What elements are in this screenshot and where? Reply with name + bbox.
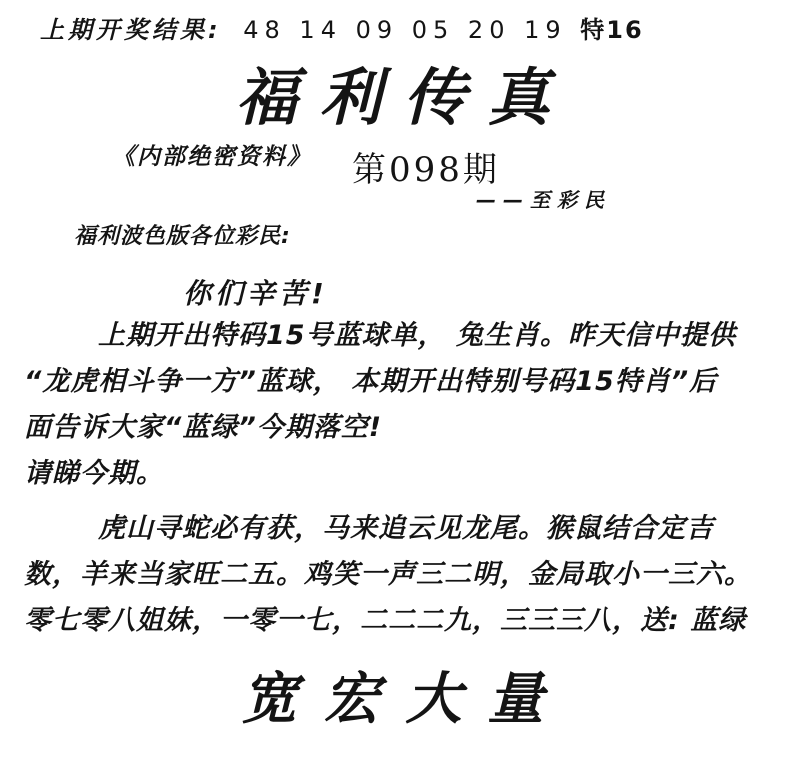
classified-material-label: 《内部绝密资料》: [112, 138, 312, 171]
previous-draw-numbers: 48 14 09 05 20 19: [243, 16, 566, 44]
previous-draw-result-line: 上期开奖结果: 48 14 09 05 20 19 特16: [40, 10, 644, 45]
body-line: 数，羊来当家旺二五。鸡笑一声三二明，金局取小一三六。: [24, 552, 772, 598]
body-line: 虎山寻蛇必有获，马来追云见龙尾。猴鼠结合定吉: [24, 506, 772, 552]
fax-sheet: 上期开奖结果: 48 14 09 05 20 19 特16 福利传真 《内部绝密…: [0, 0, 785, 772]
previous-draw-special-number: 特16: [580, 16, 643, 44]
body-line: “龙虎相斗争一方”蓝球， 本期开出特别号码15特肖”后: [24, 359, 772, 405]
bottom-slogan: 宽宏大量: [0, 655, 785, 735]
body-line: 零七零八姐妹，一零一七，二二二九，三三三八，送: 蓝绿: [24, 598, 772, 644]
body-line: 上期开出特码15号蓝球单， 兔生肖。昨天信中提供: [24, 313, 772, 359]
body-line: 面告诉大家“蓝绿”今期落空!: [24, 405, 772, 451]
greeting-line: 你们辛苦!: [183, 272, 328, 312]
page-title: 福利传真: [0, 48, 785, 137]
salutation-line: 福利波色版各位彩民:: [74, 219, 291, 250]
previous-draw-label: 上期开奖结果:: [40, 16, 222, 44]
signature: ——至彩民: [476, 184, 611, 213]
body-line: 请睇今期。: [24, 451, 772, 497]
body-text: 上期开出特码15号蓝球单， 兔生肖。昨天信中提供 “龙虎相斗争一方”蓝球， 本期…: [24, 313, 772, 644]
